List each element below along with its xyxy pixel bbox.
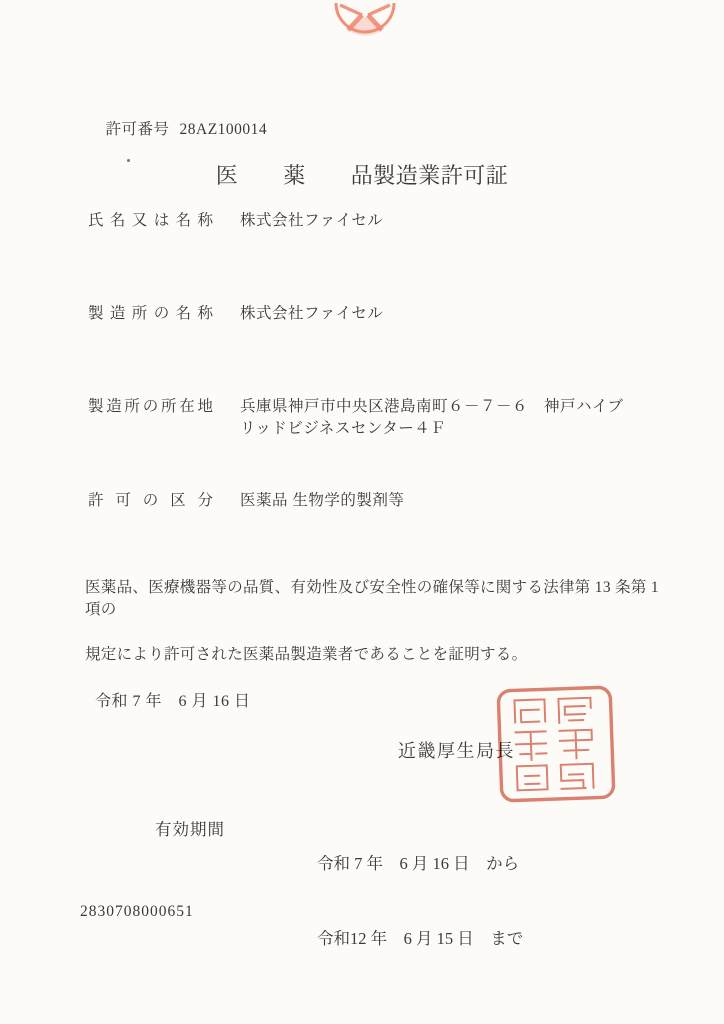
field-row-factory-address: 製造所の所在地 兵庫県神戸市中央区港島南町６－７－６ 神戸ハイブリッドビジネスセ… <box>88 396 648 440</box>
validity-period-dates: 令和 7 年 6 月 16 日 から 令和12 年 6 月 15 日 まで <box>317 814 523 989</box>
document-control-number: 2830708000651 <box>80 903 194 921</box>
certification-line-1: 医薬品、医療機器等の品質、有効性及び安全性の確保等に関する法律第 13 条第 1… <box>85 577 670 621</box>
field-value-factory-name: 株式会社ファイセル <box>240 303 638 325</box>
permit-number-line: 許可番号28AZ100014 <box>88 99 267 157</box>
permit-number-label: 許可番号 <box>106 121 170 138</box>
official-square-seal-icon <box>494 683 618 805</box>
field-row-factory-name: 製造所の名称 株式会社ファイセル <box>88 303 648 325</box>
field-label-factory-address: 製造所の所在地 <box>88 396 214 418</box>
certification-paragraph: 医薬品、医療機器等の品質、有効性及び安全性の確保等に関する法律第 13 条第 1… <box>85 577 670 666</box>
field-label-factory-name: 製造所の名称 <box>88 303 214 325</box>
partial-round-stamp-icon <box>333 0 397 40</box>
validity-from: 令和 7 年 6 月 16 日 から <box>317 854 523 874</box>
certification-line-2: 規定により許可された医薬品製造業者であることを証明する。 <box>85 644 670 666</box>
license-document-page: 許可番号28AZ100014 医 薬 品製造業許可証 氏名又は名称 株式会社ファ… <box>0 0 724 1024</box>
field-label-permit-category: 許可の区分 <box>88 490 214 512</box>
field-label-name: 氏名又は名称 <box>88 210 214 232</box>
field-value-permit-category: 医薬品 生物学的製剤等 <box>240 490 638 512</box>
field-value-factory-address: 兵庫県神戸市中央区港島南町６－７－６ 神戸ハイブリッドビジネスセンター４Ｆ <box>240 396 638 440</box>
field-value-name: 株式会社ファイセル <box>240 210 638 232</box>
permit-number-value: 28AZ100014 <box>180 121 268 138</box>
field-row-permit-category: 許可の区分 医薬品 生物学的製剤等 <box>88 490 648 512</box>
field-row-name: 氏名又は名称 株式会社ファイセル <box>88 210 648 232</box>
validity-to: 令和12 年 6 月 15 日 まで <box>317 929 523 949</box>
validity-period-label: 有効期間 <box>155 816 225 840</box>
document-title: 医 薬 品製造業許可証 <box>0 159 724 190</box>
issue-date: 令和 7 年 6 月 16 日 <box>95 688 251 711</box>
